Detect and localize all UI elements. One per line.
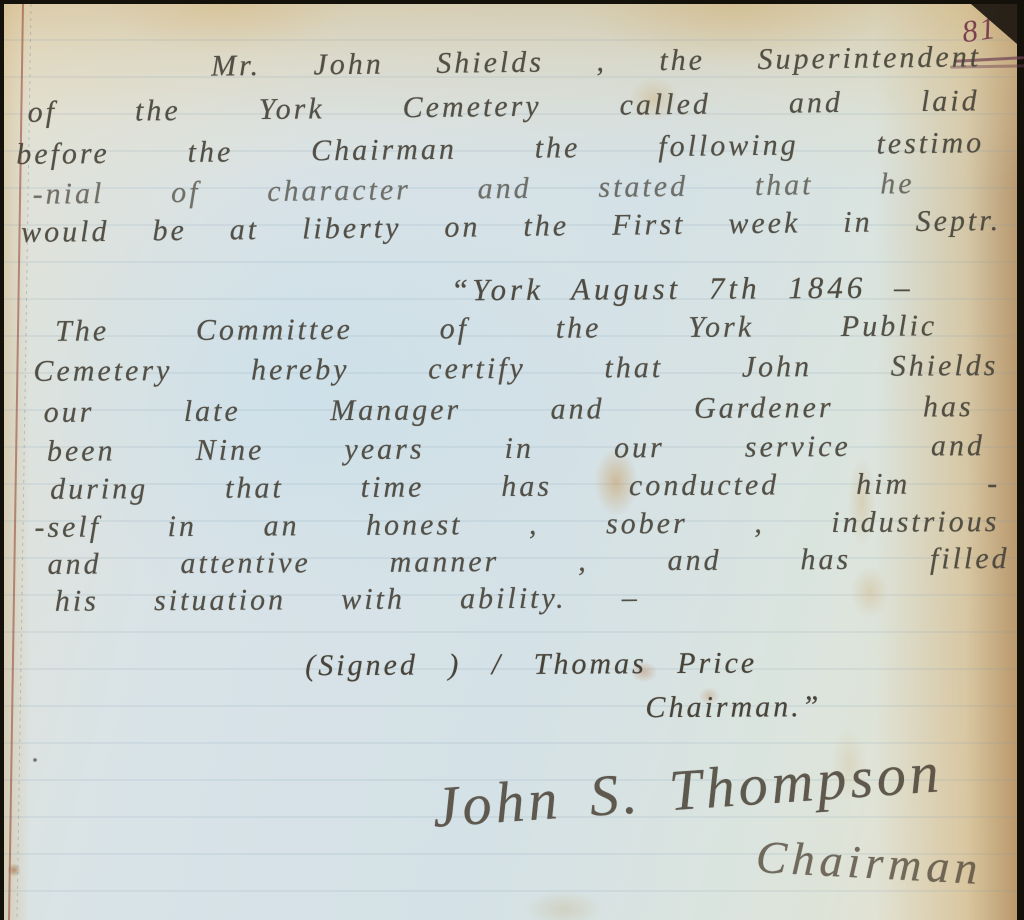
signed-chairman-line: Chairman.”: [645, 690, 821, 725]
manuscript-line: -self in an honest , sober , industrious: [34, 505, 999, 545]
page-corner-shadow: [971, 4, 1017, 44]
manuscript-line: and attentive manner , and has filled: [48, 542, 1010, 582]
manuscript-photo: 81 Mr. John Shields , the Superintendent…: [0, 0, 1024, 920]
manuscript-line: our late Manager and Gardener has: [44, 390, 974, 430]
manuscript-line: been Nine years in our service and: [47, 429, 985, 469]
testimonial-dateline: “York August 7th 1846 –: [451, 270, 914, 309]
signed-line: (Signed ) / Thomas Price: [305, 646, 757, 683]
manuscript-line: during that time has conducted him -: [50, 467, 1000, 507]
manuscript-line: his situation with ability. –: [55, 581, 640, 619]
manuscript-line: The Committee of the York Public: [55, 309, 937, 348]
manuscript-line: Cemetery hereby certify that John Shield…: [33, 349, 998, 389]
manuscript-page: 81 Mr. John Shields , the Superintendent…: [4, 4, 1017, 920]
